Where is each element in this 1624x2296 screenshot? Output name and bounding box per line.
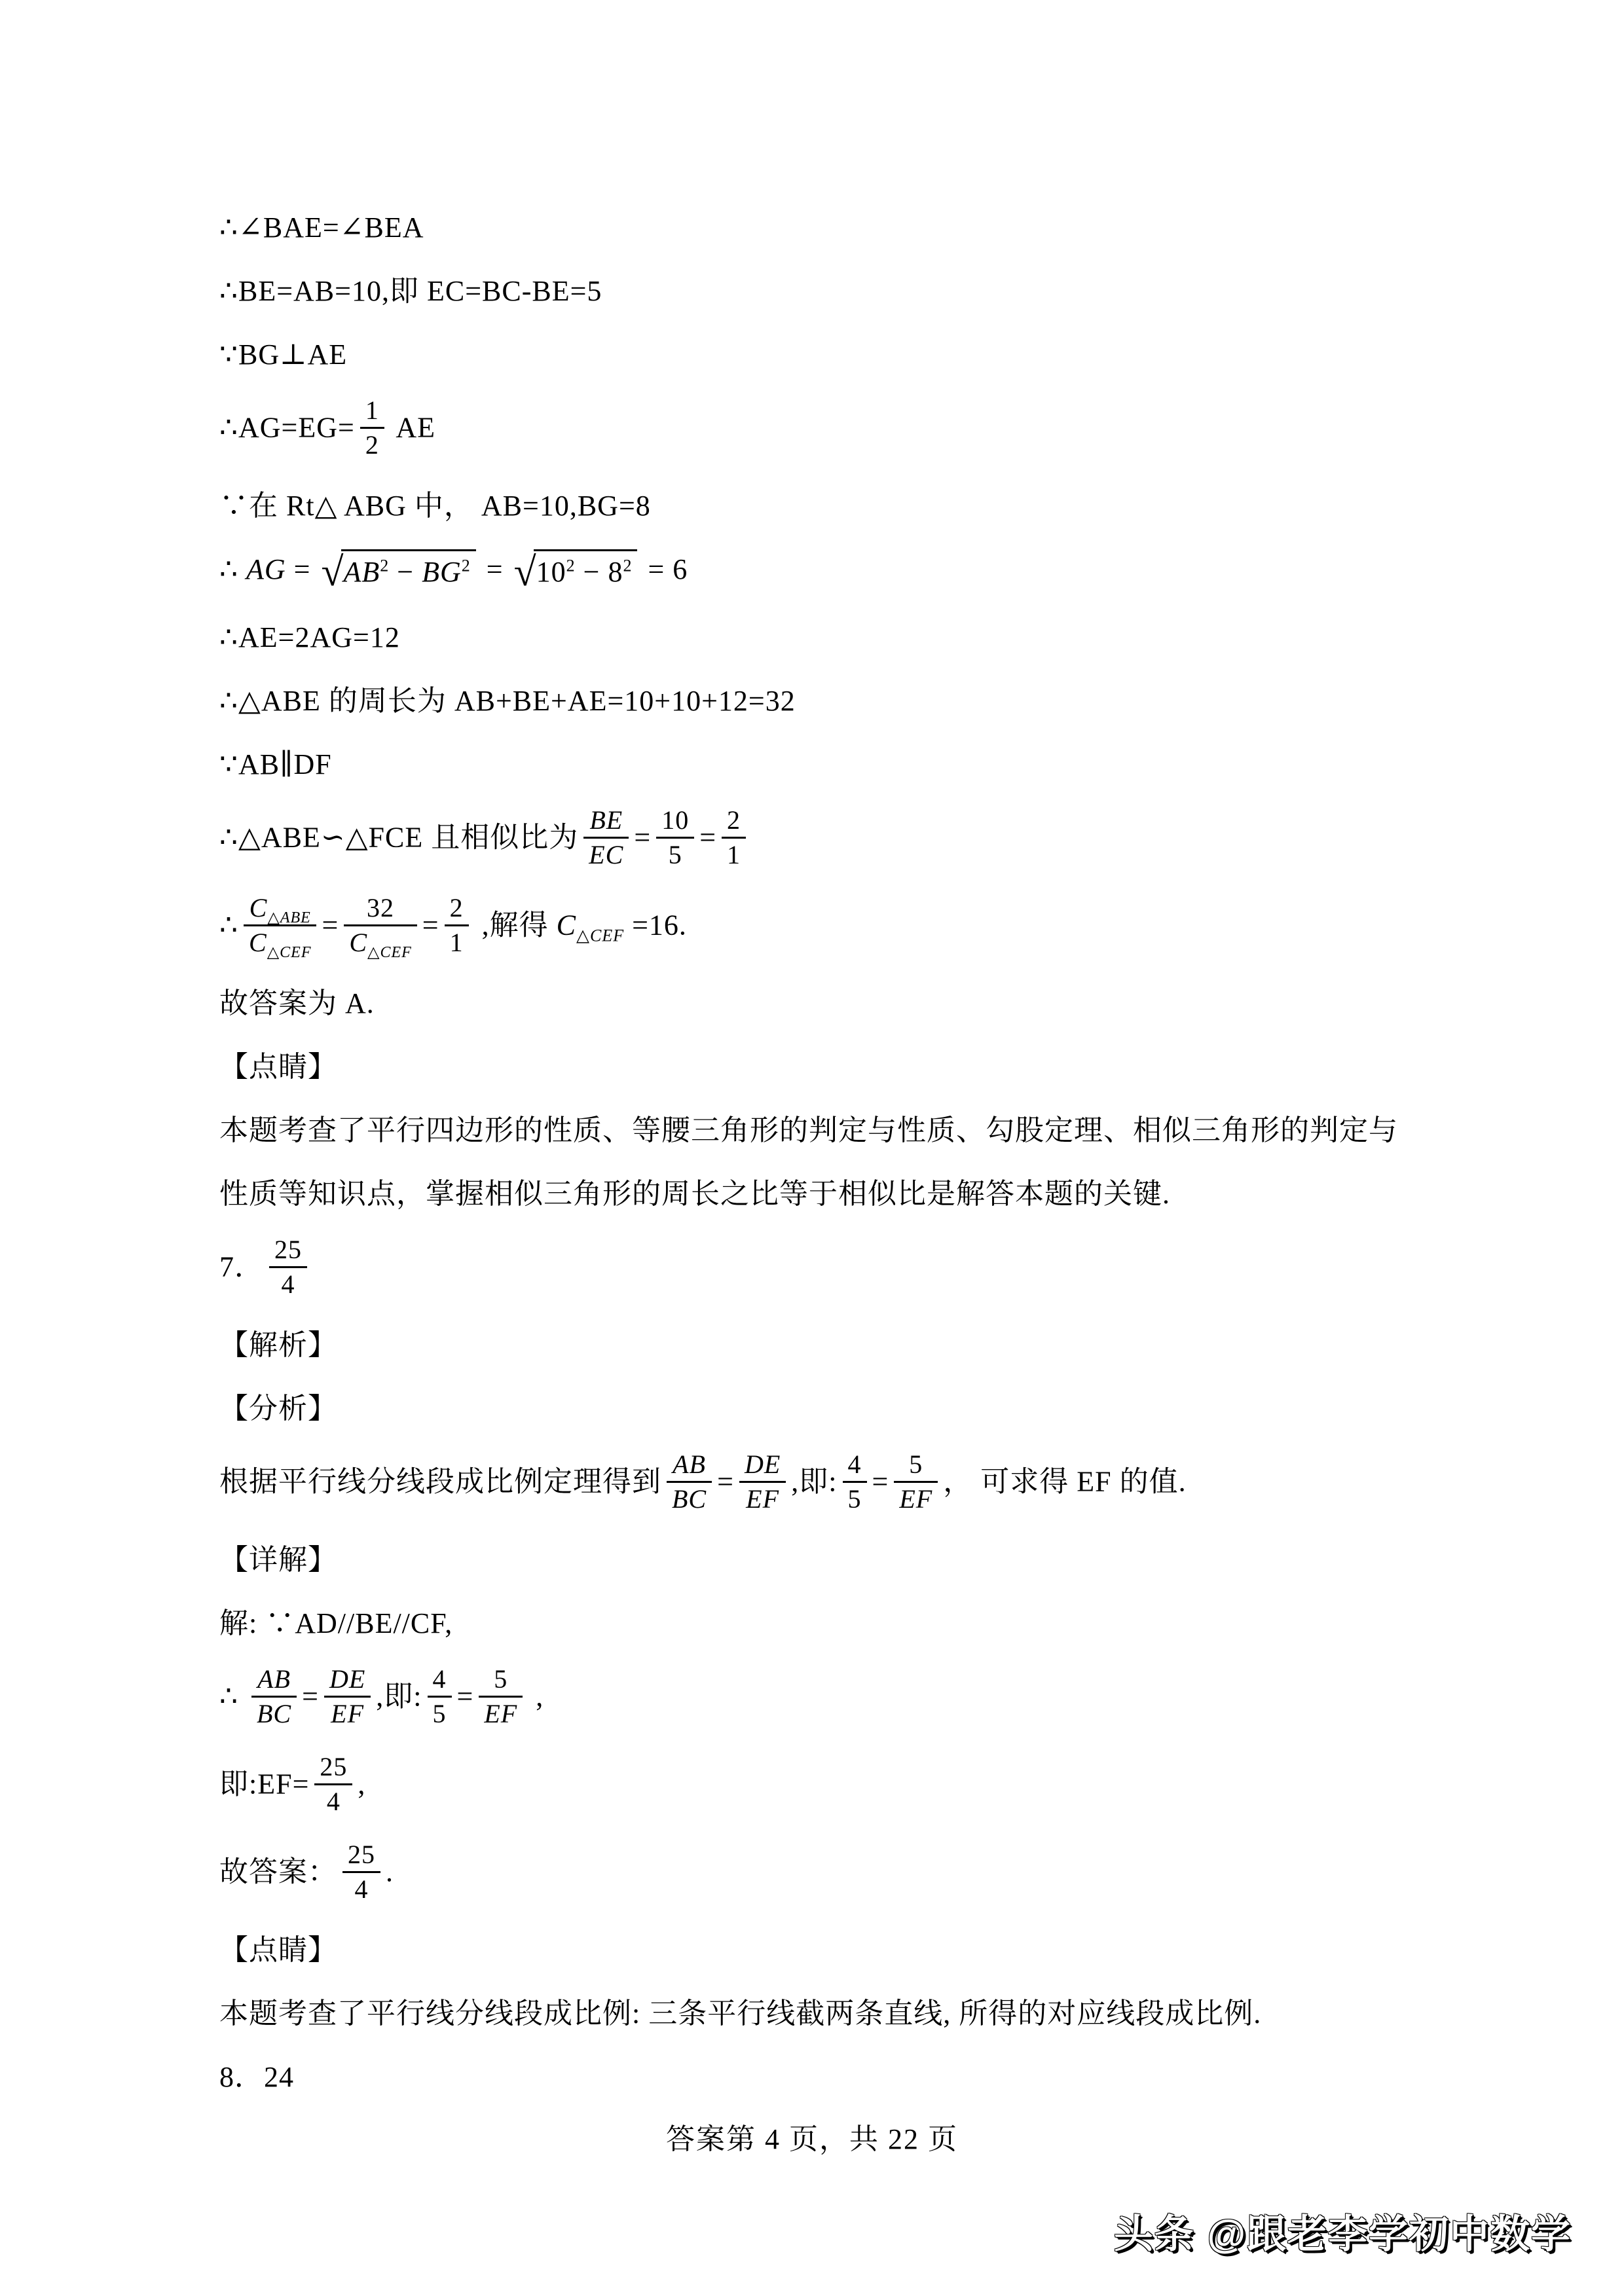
text-run: 解: ∵AD//BE//CF,	[219, 1607, 452, 1639]
text-run: ,	[528, 1681, 544, 1713]
fraction: DEEF	[324, 1665, 371, 1728]
radicand: AB2 − BG2	[341, 549, 476, 592]
line-perimeter-ratio: ∴C△ABEC△CEF=32C△CEF=21 ,解得 C△CEF =16.	[219, 896, 1418, 960]
text-run: ∴∠BAE=∠BEA	[219, 211, 424, 244]
watermark: 头条 @跟老李学初中数学	[1114, 2203, 1572, 2259]
text-run: 5	[909, 1449, 923, 1479]
radicand: 102 − 82	[534, 549, 638, 592]
subscript: △CEF	[576, 926, 624, 945]
text-run: EF	[484, 1699, 517, 1728]
text-run: 5	[433, 1699, 447, 1728]
text-run: =	[302, 1681, 319, 1713]
text-run: ,即:	[791, 1466, 837, 1498]
text-run: ∴BE=AB=10,即 EC=BC-BE=5	[219, 275, 602, 307]
text-run: 2	[365, 430, 379, 460]
subscript: △CEF	[267, 944, 312, 961]
fraction-denominator: 4	[342, 1873, 380, 1904]
text-run: 1	[450, 928, 464, 957]
line-jiexi: 【解析】	[219, 1326, 1418, 1365]
text-run: 故答案为 A.	[219, 987, 375, 1019]
text-run: 【详解】	[219, 1544, 337, 1576]
line-dianjing-2: 【点睛】	[219, 1931, 1418, 1970]
fraction-numerator: DE	[739, 1450, 786, 1483]
text-run: 即:EF=	[219, 1768, 309, 1800]
fraction-denominator: 4	[269, 1268, 307, 1299]
text-run: ， 可求得 EF 的值.	[943, 1466, 1186, 1498]
text-run: DE	[329, 1664, 365, 1694]
text-run: BG	[422, 556, 462, 588]
text-run: ∵在 Rt△ ABG 中， AB=10,BG=8	[219, 490, 651, 522]
text-run: =16.	[624, 909, 687, 941]
fraction: 254	[314, 1753, 352, 1816]
text-run: = 6	[640, 553, 688, 585]
text-run: 25	[320, 1752, 347, 1781]
text-run: ∴△ABE 的周长为 AB+BE+AE=10+10+12=32	[219, 685, 796, 717]
text-run: BC	[257, 1699, 291, 1728]
text-run: 7．	[219, 1251, 264, 1283]
fraction-denominator: EC	[583, 839, 629, 869]
text-run: 本题考查了平行四边形的性质、等腰三角形的判定与性质、勾股定理、相似三角形的判定与	[219, 1114, 1398, 1146]
text-run: AE	[390, 412, 435, 444]
fraction: 5EF	[894, 1450, 938, 1514]
fraction: ABBC	[667, 1450, 712, 1514]
fraction-numerator: 25	[269, 1235, 307, 1268]
fraction: 21	[722, 806, 746, 869]
text-run: ∴△ABE∽△FCE 且相似比为	[219, 822, 578, 854]
text-run: 4	[848, 1449, 862, 1479]
text-run: =	[717, 1466, 734, 1498]
text-run: 【点睛】	[219, 1051, 337, 1083]
line-jie-parallel: 解: ∵AD//BE//CF,	[219, 1604, 1418, 1643]
text-run: =	[322, 909, 339, 941]
fraction: 45	[843, 1450, 867, 1514]
fraction: 32C△CEF	[344, 894, 416, 957]
fraction: 21	[445, 894, 469, 957]
text-run: 10	[661, 805, 689, 835]
fraction-denominator: 4	[314, 1785, 352, 1816]
text-run: 4	[355, 1874, 369, 1904]
line-dianjing-1: 【点睛】	[219, 1048, 1418, 1087]
text-run: C	[349, 928, 367, 957]
fraction-numerator: 25	[314, 1753, 352, 1785]
text-run: 2	[727, 805, 741, 835]
text-run: 25	[348, 1840, 375, 1869]
text-run: ∴	[219, 553, 246, 585]
line-angle-bae-bea: ∴∠BAE=∠BEA	[219, 208, 1418, 247]
fraction-denominator: 5	[656, 839, 694, 869]
fraction-denominator: EF	[739, 1483, 786, 1514]
fraction-denominator: EF	[894, 1483, 938, 1514]
solution-content: ∴∠BAE=∠BEA∴BE=AB=10,即 EC=BC-BE=5∵BG⊥AE∴A…	[219, 208, 1418, 2121]
line-bg-perp-ae: ∵BG⊥AE	[219, 335, 1418, 374]
text-run: DE	[745, 1449, 781, 1479]
fraction: 12	[360, 396, 384, 460]
fraction-numerator: 2	[445, 894, 469, 926]
fraction: 254	[342, 1840, 380, 1904]
fraction-numerator: 4	[428, 1665, 452, 1698]
line-q8-answer: 8．24	[219, 2058, 1418, 2097]
fraction: 254	[269, 1235, 307, 1299]
line-xiangjie: 【详解】	[219, 1540, 1418, 1580]
text-run: AB	[344, 556, 380, 588]
fraction-denominator: 1	[445, 926, 469, 957]
line-analysis-proportion: 根据平行线分线段成比例定理得到ABBC=DEEF,即:45=5EF， 可求得 E…	[219, 1453, 1418, 1516]
superscript: 2	[380, 556, 389, 575]
superscript: 2	[566, 556, 576, 575]
text-run: ,解得	[474, 909, 557, 941]
fraction-denominator: EF	[479, 1698, 523, 1728]
text-run: =	[286, 553, 319, 585]
text-run: EF	[331, 1699, 364, 1728]
text-run: 5	[494, 1664, 507, 1694]
text-run: .	[386, 1856, 394, 1888]
text-run: EF	[746, 1484, 779, 1514]
fraction-numerator: 32	[344, 894, 416, 926]
fraction: C△ABEC△CEF	[244, 894, 316, 957]
subscript: △ABE	[267, 909, 310, 926]
line-fenxi: 【分析】	[219, 1389, 1418, 1429]
page-footer: 答案第 4 页，共 22 页	[0, 2120, 1624, 2159]
fraction-denominator: EF	[324, 1698, 371, 1728]
text-run: ∴AG=EG=	[219, 412, 355, 444]
fraction-denominator: C△CEF	[244, 926, 316, 957]
text-run: 5	[848, 1484, 862, 1514]
text-run: 性质等知识点，掌握相似三角形的周长之比等于相似比是解答本题的关键.	[219, 1178, 1170, 1210]
text-run: =	[457, 1681, 474, 1713]
text-run: C	[249, 928, 267, 957]
text-run: C	[557, 909, 576, 941]
text-run: 5	[669, 840, 682, 869]
text-run: EF	[899, 1484, 932, 1514]
fraction-numerator: 25	[342, 1840, 380, 1873]
text-run: ∴	[219, 1681, 246, 1713]
superscript: 2	[623, 556, 632, 575]
line-similar-ratio: ∴△ABE∽△FCE 且相似比为BEEC=105=21	[219, 809, 1418, 872]
line-ag-eg-half-ae: ∴AG=EG=12 AE	[219, 399, 1418, 462]
line-rt-abg: ∵在 Rt△ ABG 中， AB=10,BG=8	[219, 486, 1418, 526]
text-run: C	[249, 893, 268, 922]
text-run: 4	[327, 1787, 341, 1816]
text-run: ∵BG⊥AE	[219, 338, 347, 371]
text-run: =	[634, 822, 651, 854]
line-comment-1b: 性质等知识点，掌握相似三角形的周长之比等于相似比是解答本题的关键.	[219, 1175, 1418, 1214]
text-run: 1	[727, 840, 741, 869]
fraction: DEEF	[739, 1450, 786, 1514]
line-perimeter-abe: ∴△ABE 的周长为 AB+BE+AE=10+10+12=32	[219, 682, 1418, 721]
text-run: 根据平行线分线段成比例定理得到	[219, 1466, 661, 1498]
text-run: 【分析】	[219, 1393, 337, 1425]
text-run: 故答案：	[219, 1856, 337, 1888]
line-detail-proportion: ∴ ABBC=DEEF,即:45=5EF ,	[219, 1667, 1418, 1731]
fraction-numerator: 4	[843, 1450, 867, 1483]
text-run: =	[872, 1466, 889, 1498]
text-run: =	[422, 909, 439, 941]
fraction: 5EF	[479, 1665, 523, 1728]
fraction-denominator: 2	[360, 429, 384, 460]
text-run: EC	[589, 840, 623, 869]
fraction-denominator: 5	[843, 1483, 867, 1514]
fraction-numerator: C△ABE	[244, 894, 316, 926]
fraction: 45	[428, 1665, 452, 1728]
fraction: 105	[656, 806, 694, 869]
text-run: AG	[246, 553, 286, 585]
fraction: BEEC	[583, 806, 629, 869]
fraction-denominator: C△CEF	[344, 926, 416, 957]
line-answer-frac: 故答案：254.	[219, 1843, 1418, 1906]
text-run: 1	[365, 395, 379, 425]
fraction-denominator: BC	[251, 1698, 297, 1728]
text-run: 10	[536, 556, 566, 588]
fraction-numerator: AB	[667, 1450, 712, 1483]
text-run: ∵AB∥DF	[219, 748, 332, 780]
text-run: −	[389, 556, 422, 588]
text-run: ∴AE=2AG=12	[219, 621, 400, 653]
line-ag-sqrt: ∴ AG = √AB2 − BG2 = √102 − 82 = 6	[219, 550, 1418, 594]
line-answer-a: 故答案为 A.	[219, 984, 1418, 1023]
fraction-numerator: 5	[894, 1450, 938, 1483]
text-run: 4	[282, 1269, 295, 1299]
line-be-ab-ec: ∴BE=AB=10,即 EC=BC-BE=5	[219, 272, 1418, 311]
fraction-numerator: BE	[583, 806, 629, 839]
text-run: AB	[673, 1449, 706, 1479]
line-ef-value: 即:EF=254,	[219, 1755, 1418, 1819]
fraction-numerator: 1	[360, 396, 384, 429]
radical: √102 − 82	[514, 549, 638, 592]
text-run: =	[479, 553, 511, 585]
superscript: 2	[462, 556, 471, 575]
line-ae-2ag: ∴AE=2AG=12	[219, 618, 1418, 657]
fraction-numerator: 10	[656, 806, 694, 839]
line-ab-parallel-df: ∵AB∥DF	[219, 745, 1418, 784]
fraction-denominator: 1	[722, 839, 746, 869]
radical: √AB2 − BG2	[321, 549, 475, 592]
text-run: ∴	[219, 909, 238, 941]
fraction: ABBC	[251, 1665, 297, 1728]
fraction-numerator: 2	[722, 806, 746, 839]
text-run: BE	[589, 805, 623, 835]
text-run: 25	[274, 1235, 302, 1264]
text-run: AB	[257, 1664, 291, 1694]
line-comment-2: 本题考查了平行线分线段成比例: 三条平行线截两条直线, 所得的对应线段成比例.	[219, 1994, 1418, 2033]
text-run: =	[699, 822, 716, 854]
line-q7-answer: 7．254	[219, 1238, 1418, 1302]
text-run: ,	[358, 1768, 365, 1800]
text-run: 8．24	[219, 2061, 294, 2093]
document-page: ∴∠BAE=∠BEA∴BE=AB=10,即 EC=BC-BE=5∵BG⊥AE∴A…	[0, 0, 1624, 2296]
fraction-denominator: BC	[667, 1483, 712, 1514]
text-run: BC	[672, 1484, 707, 1514]
fraction-numerator: 5	[479, 1665, 523, 1698]
fraction-numerator: AB	[251, 1665, 297, 1698]
text-run: ,即:	[376, 1681, 422, 1713]
text-run: 【解析】	[219, 1329, 337, 1361]
fraction-numerator: DE	[324, 1665, 371, 1698]
fraction-denominator: 5	[428, 1698, 452, 1728]
text-run: − 8	[576, 556, 623, 588]
text-run: 32	[367, 893, 394, 922]
text-run: 【点睛】	[219, 1934, 337, 1966]
page-footer-text: 答案第 4 页，共 22 页	[666, 2123, 958, 2155]
line-comment-1a: 本题考查了平行四边形的性质、等腰三角形的判定与性质、勾股定理、相似三角形的判定与	[219, 1111, 1418, 1150]
text-run: 2	[450, 893, 464, 922]
text-run: 本题考查了平行线分线段成比例: 三条平行线截两条直线, 所得的对应线段成比例.	[219, 1997, 1261, 2030]
subscript: △CEF	[367, 944, 412, 961]
text-run: 4	[433, 1664, 447, 1694]
